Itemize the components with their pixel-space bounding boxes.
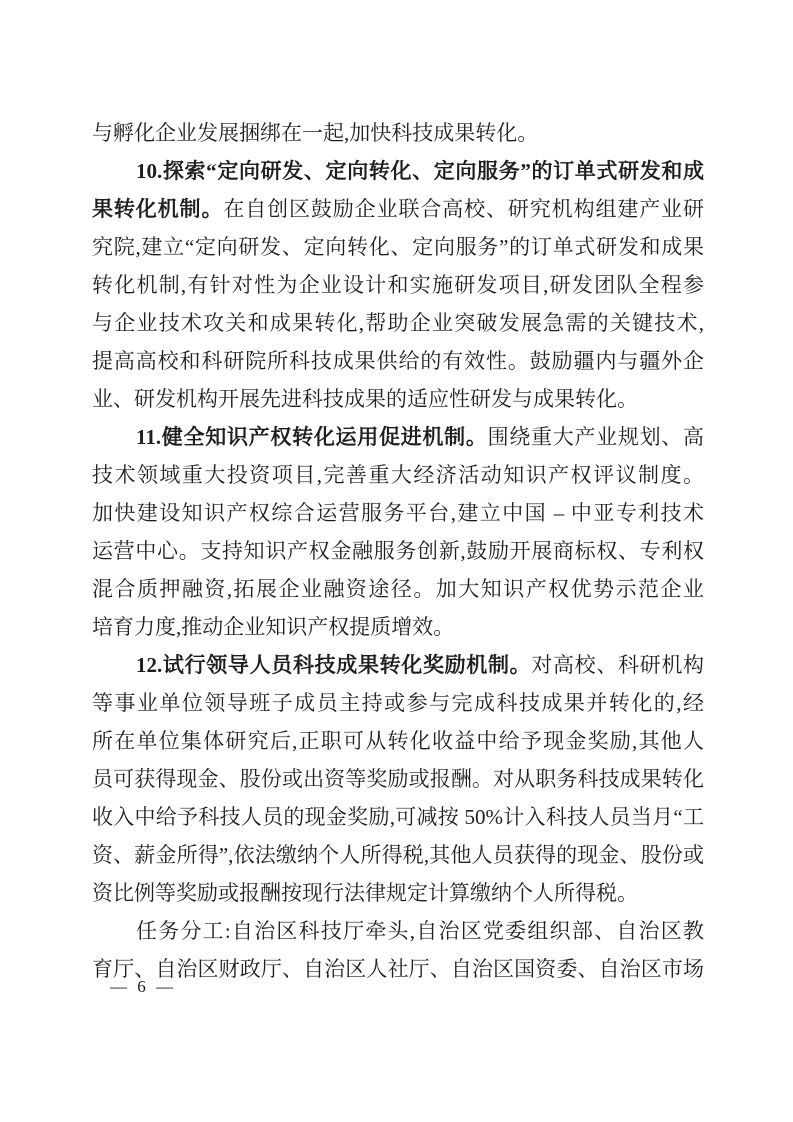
text-segment: 与企业技术攻关和成果转化,帮助企业突破发展急需的关键技术, [92, 311, 704, 335]
heading-segment: 果转化机制。 [92, 197, 223, 221]
text-segment: 培育力度,推动企业知识产权提质增效。 [92, 615, 454, 639]
text-line: 与孵化企业发展捆绑在一起,加快科技成果转化。 [92, 114, 704, 152]
heading-segment: 11.健全知识产权转化运用促进机制。 [136, 425, 488, 449]
page-number: — 6 — [110, 977, 176, 997]
text-line: 果转化机制。在自创区鼓励企业联合高校、研究机构组建产业研 [92, 190, 704, 228]
text-segment: 转化机制,有针对性为企业设计和实施研发项目,研发团队全程参 [92, 273, 704, 297]
text-line: 业、研发机构开展先进科技成果的适应性研发与成果转化。 [92, 380, 704, 418]
text-line: 12.试行领导人员科技成果转化奖励机制。对高校、科研机构 [92, 646, 704, 684]
text-line: 提高高校和科研院所科技成果供给的有效性。鼓励疆内与疆外企 [92, 342, 704, 380]
text-segment: 对高校、科研机构 [531, 653, 704, 677]
text-line: 资比例等奖励或报酬按现行法律规定计算缴纳个人所得税。 [92, 874, 704, 912]
document-body: 与孵化企业发展捆绑在一起,加快科技成果转化。10.探索“定向研发、定向转化、定向… [92, 114, 704, 988]
text-segment: 资比例等奖励或报酬按现行法律规定计算缴纳个人所得税。 [92, 881, 638, 905]
text-segment: 任务分工:自治区科技厅牵头,自治区党委组织部、自治区教 [136, 919, 704, 943]
text-line: 培育力度,推动企业知识产权提质增效。 [92, 608, 704, 646]
text-line: 与企业技术攻关和成果转化,帮助企业突破发展急需的关键技术, [92, 304, 704, 342]
text-line: 员可获得现金、股份或出资等奖励或报酬。对从职务科技成果转化 [92, 760, 704, 798]
text-segment: 与孵化企业发展捆绑在一起,加快科技成果转化。 [92, 121, 538, 145]
text-segment: 育厅、自治区财政厅、自治区人社厅、自治区国资委、自治区市场监 [92, 957, 704, 988]
text-line: 混合质押融资,拓展企业融资途径。加大知识产权优势示范企业 [92, 570, 704, 608]
text-line: 加快建设知识产权综合运营服务平台,建立中国 – 中亚专利技术 [92, 494, 704, 532]
text-segment: 混合质押融资,拓展企业融资途径。加大知识产权优势示范企业 [92, 577, 704, 601]
text-segment: 在自创区鼓励企业联合高校、研究机构组建产业研 [223, 197, 704, 221]
text-line: 技术领域重大投资项目,完善重大经济活动知识产权评议制度。 [92, 456, 704, 494]
text-segment: 等事业单位领导班子成员主持或参与完成科技成果并转化的,经 [92, 691, 704, 715]
text-line: 所在单位集体研究后,正职可从转化收益中给予现金奖励,其他人 [92, 722, 704, 760]
text-segment: 究院,建立“定向研发、定向转化、定向服务”的订单式研发和成果 [92, 235, 704, 259]
text-line: 等事业单位领导班子成员主持或参与完成科技成果并转化的,经 [92, 684, 704, 722]
text-line: 资、薪金所得”,依法缴纳个人所得税,其他人员获得的现金、股份或出 [92, 836, 704, 874]
text-line: 11.健全知识产权转化运用促进机制。围绕重大产业规划、高 [92, 418, 704, 456]
text-segment: 提高高校和科研院所科技成果供给的有效性。鼓励疆内与疆外企 [92, 349, 704, 373]
text-segment: 收入中给予科技人员的现金奖励,可减按 50%计入科技人员当月“工 [92, 805, 704, 829]
text-segment: 员可获得现金、股份或出资等奖励或报酬。对从职务科技成果转化 [92, 767, 704, 791]
text-segment: 业、研发机构开展先进科技成果的适应性研发与成果转化。 [92, 387, 638, 411]
text-line: 究院,建立“定向研发、定向转化、定向服务”的订单式研发和成果 [92, 228, 704, 266]
text-segment: 运营中心。支持知识产权金融服务创新,鼓励开展商标权、专利权 [92, 539, 704, 563]
heading-segment: 10.探索“定向研发、定向转化、定向服务”的订单式研发和成 [136, 159, 704, 183]
text-line: 运营中心。支持知识产权金融服务创新,鼓励开展商标权、专利权 [92, 532, 704, 570]
text-segment: 所在单位集体研究后,正职可从转化收益中给予现金奖励,其他人 [92, 729, 704, 753]
text-line: 育厅、自治区财政厅、自治区人社厅、自治区国资委、自治区市场监 [92, 950, 704, 988]
text-line: 10.探索“定向研发、定向转化、定向服务”的订单式研发和成 [92, 152, 704, 190]
text-line: 收入中给予科技人员的现金奖励,可减按 50%计入科技人员当月“工 [92, 798, 704, 836]
text-segment: 加快建设知识产权综合运营服务平台,建立中国 – 中亚专利技术 [92, 501, 704, 525]
text-line: 任务分工:自治区科技厅牵头,自治区党委组织部、自治区教 [92, 912, 704, 950]
heading-segment: 12.试行领导人员科技成果转化奖励机制。 [136, 653, 531, 677]
text-line: 转化机制,有针对性为企业设计和实施研发项目,研发团队全程参 [92, 266, 704, 304]
text-segment: 资、薪金所得”,依法缴纳个人所得税,其他人员获得的现金、股份或出 [92, 843, 704, 874]
text-segment: 围绕重大产业规划、高 [488, 425, 704, 449]
document-page: 与孵化企业发展捆绑在一起,加快科技成果转化。10.探索“定向研发、定向转化、定向… [0, 0, 793, 1122]
text-segment: 技术领域重大投资项目,完善重大经济活动知识产权评议制度。 [92, 463, 704, 487]
